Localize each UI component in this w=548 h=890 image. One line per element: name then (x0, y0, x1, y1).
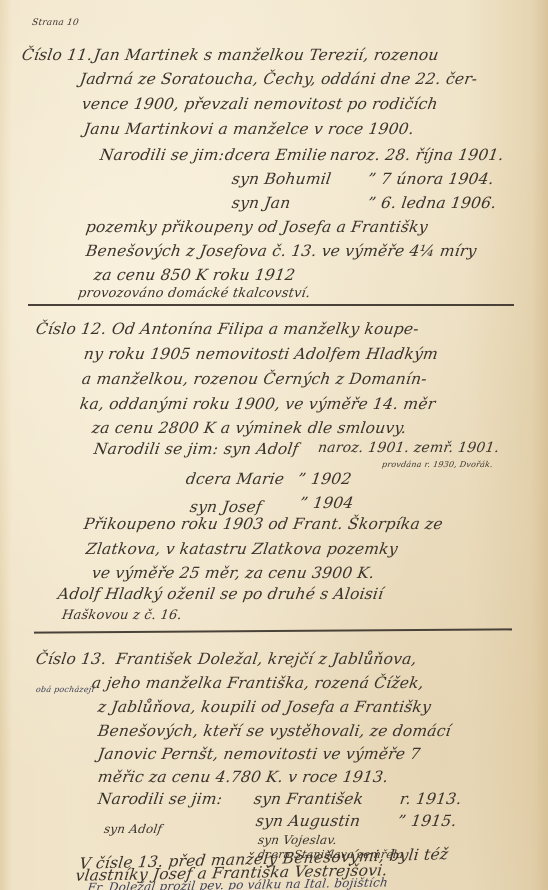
entry-12-note: ve výměře 25 měr, za cenu 3900 K. (91, 564, 376, 582)
entry-13-child: syn Vojeslav. (257, 833, 338, 847)
entry-12-note: Adolf Hladký oženil se po druhé s Aloisi… (57, 585, 385, 603)
entry-13-child-born: r. 1913. (399, 790, 463, 808)
entry-11-child-who: dcera Emilie (224, 146, 328, 164)
entry-13-margin-note: obá pocházejí (35, 685, 94, 694)
entry-12-note: Haškovou z č. 16. (61, 608, 183, 623)
entry-11-note: Benešových z Josefova č. 13. ve výměře 4… (85, 242, 478, 260)
entry-11-line: Janu Martinkovi a manželce v roce 1900. (83, 120, 415, 138)
entry-13-children-intro: Narodili se jim: (97, 790, 224, 808)
entry-11-child-born: ” 6. ledna 1906. (367, 194, 498, 212)
entry-12-annotation: provdána r. 1930, Dvořák. (381, 460, 493, 469)
entry-12-line: a manželkou, rozenou Černých z Domanín- (81, 370, 428, 388)
entry-11-line: Jadrná ze Soratoucha, Čechy, oddáni dne … (79, 70, 479, 88)
section-divider (28, 304, 514, 306)
manuscript-page: Strana 10 Číslo 11. Jan Martinek s manže… (0, 0, 548, 890)
entry-13-line: měřic za cenu 4.780 K. v roce 1913. (97, 768, 390, 786)
entry-11-line: vence 1900, převzali nemovitost po rodič… (81, 95, 439, 113)
entry-13-number: Číslo 13. (35, 650, 108, 668)
entry-11-note: za cenu 850 K roku 1912 (93, 266, 297, 284)
entry-11-number: Číslo 11. (21, 46, 94, 64)
entry-12-child-who: syn Adolf (223, 440, 300, 458)
page-header: Strana 10 (31, 18, 79, 28)
entry-13-line: a jeho manželka Františka, rozená Čížek, (91, 674, 425, 692)
entry-11-note: provozováno domácké tkalcovství. (77, 286, 311, 301)
entry-11-child-who: syn Jan (231, 194, 292, 212)
entry-12-child-who: dcera Marie (185, 470, 286, 488)
entry-12-line: ny roku 1905 nemovitosti Adolfem Hladkým (83, 345, 440, 363)
entry-13-child-born: ” 1915. (397, 812, 458, 830)
entry-11-child-born: naroz. 28. října 1901. (329, 146, 505, 164)
entry-13-child: syn Augustin (255, 812, 362, 830)
entry-13-line: František Doležal, krejčí z Jablůňova, (115, 650, 418, 668)
entry-12-line: Od Antonína Filipa a manželky koupe- (111, 320, 420, 338)
entry-13-extra-child: syn Adolf (103, 822, 163, 836)
entry-13-child: syn František (253, 790, 365, 808)
entry-13-line: Benešových, kteří se vystěhovali, ze dom… (97, 722, 452, 740)
section-divider (34, 628, 512, 633)
entry-12-child-who: syn Josef (189, 498, 263, 516)
entry-12-note: Zlatkova, v katastru Zlatkova pozemky (85, 540, 399, 558)
entry-11-note: pozemky přikoupeny od Josefa a Františky (85, 218, 429, 236)
entry-11-child-born: ” 7 února 1904. (367, 170, 495, 188)
entry-12-line: za cenu 2800 K a výminek dle smlouvy. (91, 419, 408, 437)
entry-13-line: z Jablůňova, koupili od Josefa a Františ… (97, 698, 433, 716)
entry-12-child-born: naroz. 1901. zemř. 1901. (317, 440, 500, 456)
entry-12-children-intro: Narodili se jim: (93, 440, 220, 458)
entry-12-note: Přikoupeno roku 1903 od Frant. Škorpíka … (83, 515, 444, 533)
entry-11-line: Jan Martinek s manželkou Terezií, rozeno… (93, 46, 440, 64)
entry-11-children-intro: Narodili se jim: (99, 146, 226, 164)
entry-12-child-born: ” 1902 (297, 470, 353, 488)
entry-12-number: Číslo 12. (35, 320, 108, 338)
entry-11-child-who: syn Bohumil (231, 170, 333, 188)
entry-13-line: Janovic Pernšt, nemovitosti ve výměře 7 (97, 745, 422, 763)
entry-12-child-born: ” 1904 (299, 494, 355, 512)
entry-12-line: ka, oddanými roku 1900, ve výměře 14. mě… (79, 395, 437, 413)
